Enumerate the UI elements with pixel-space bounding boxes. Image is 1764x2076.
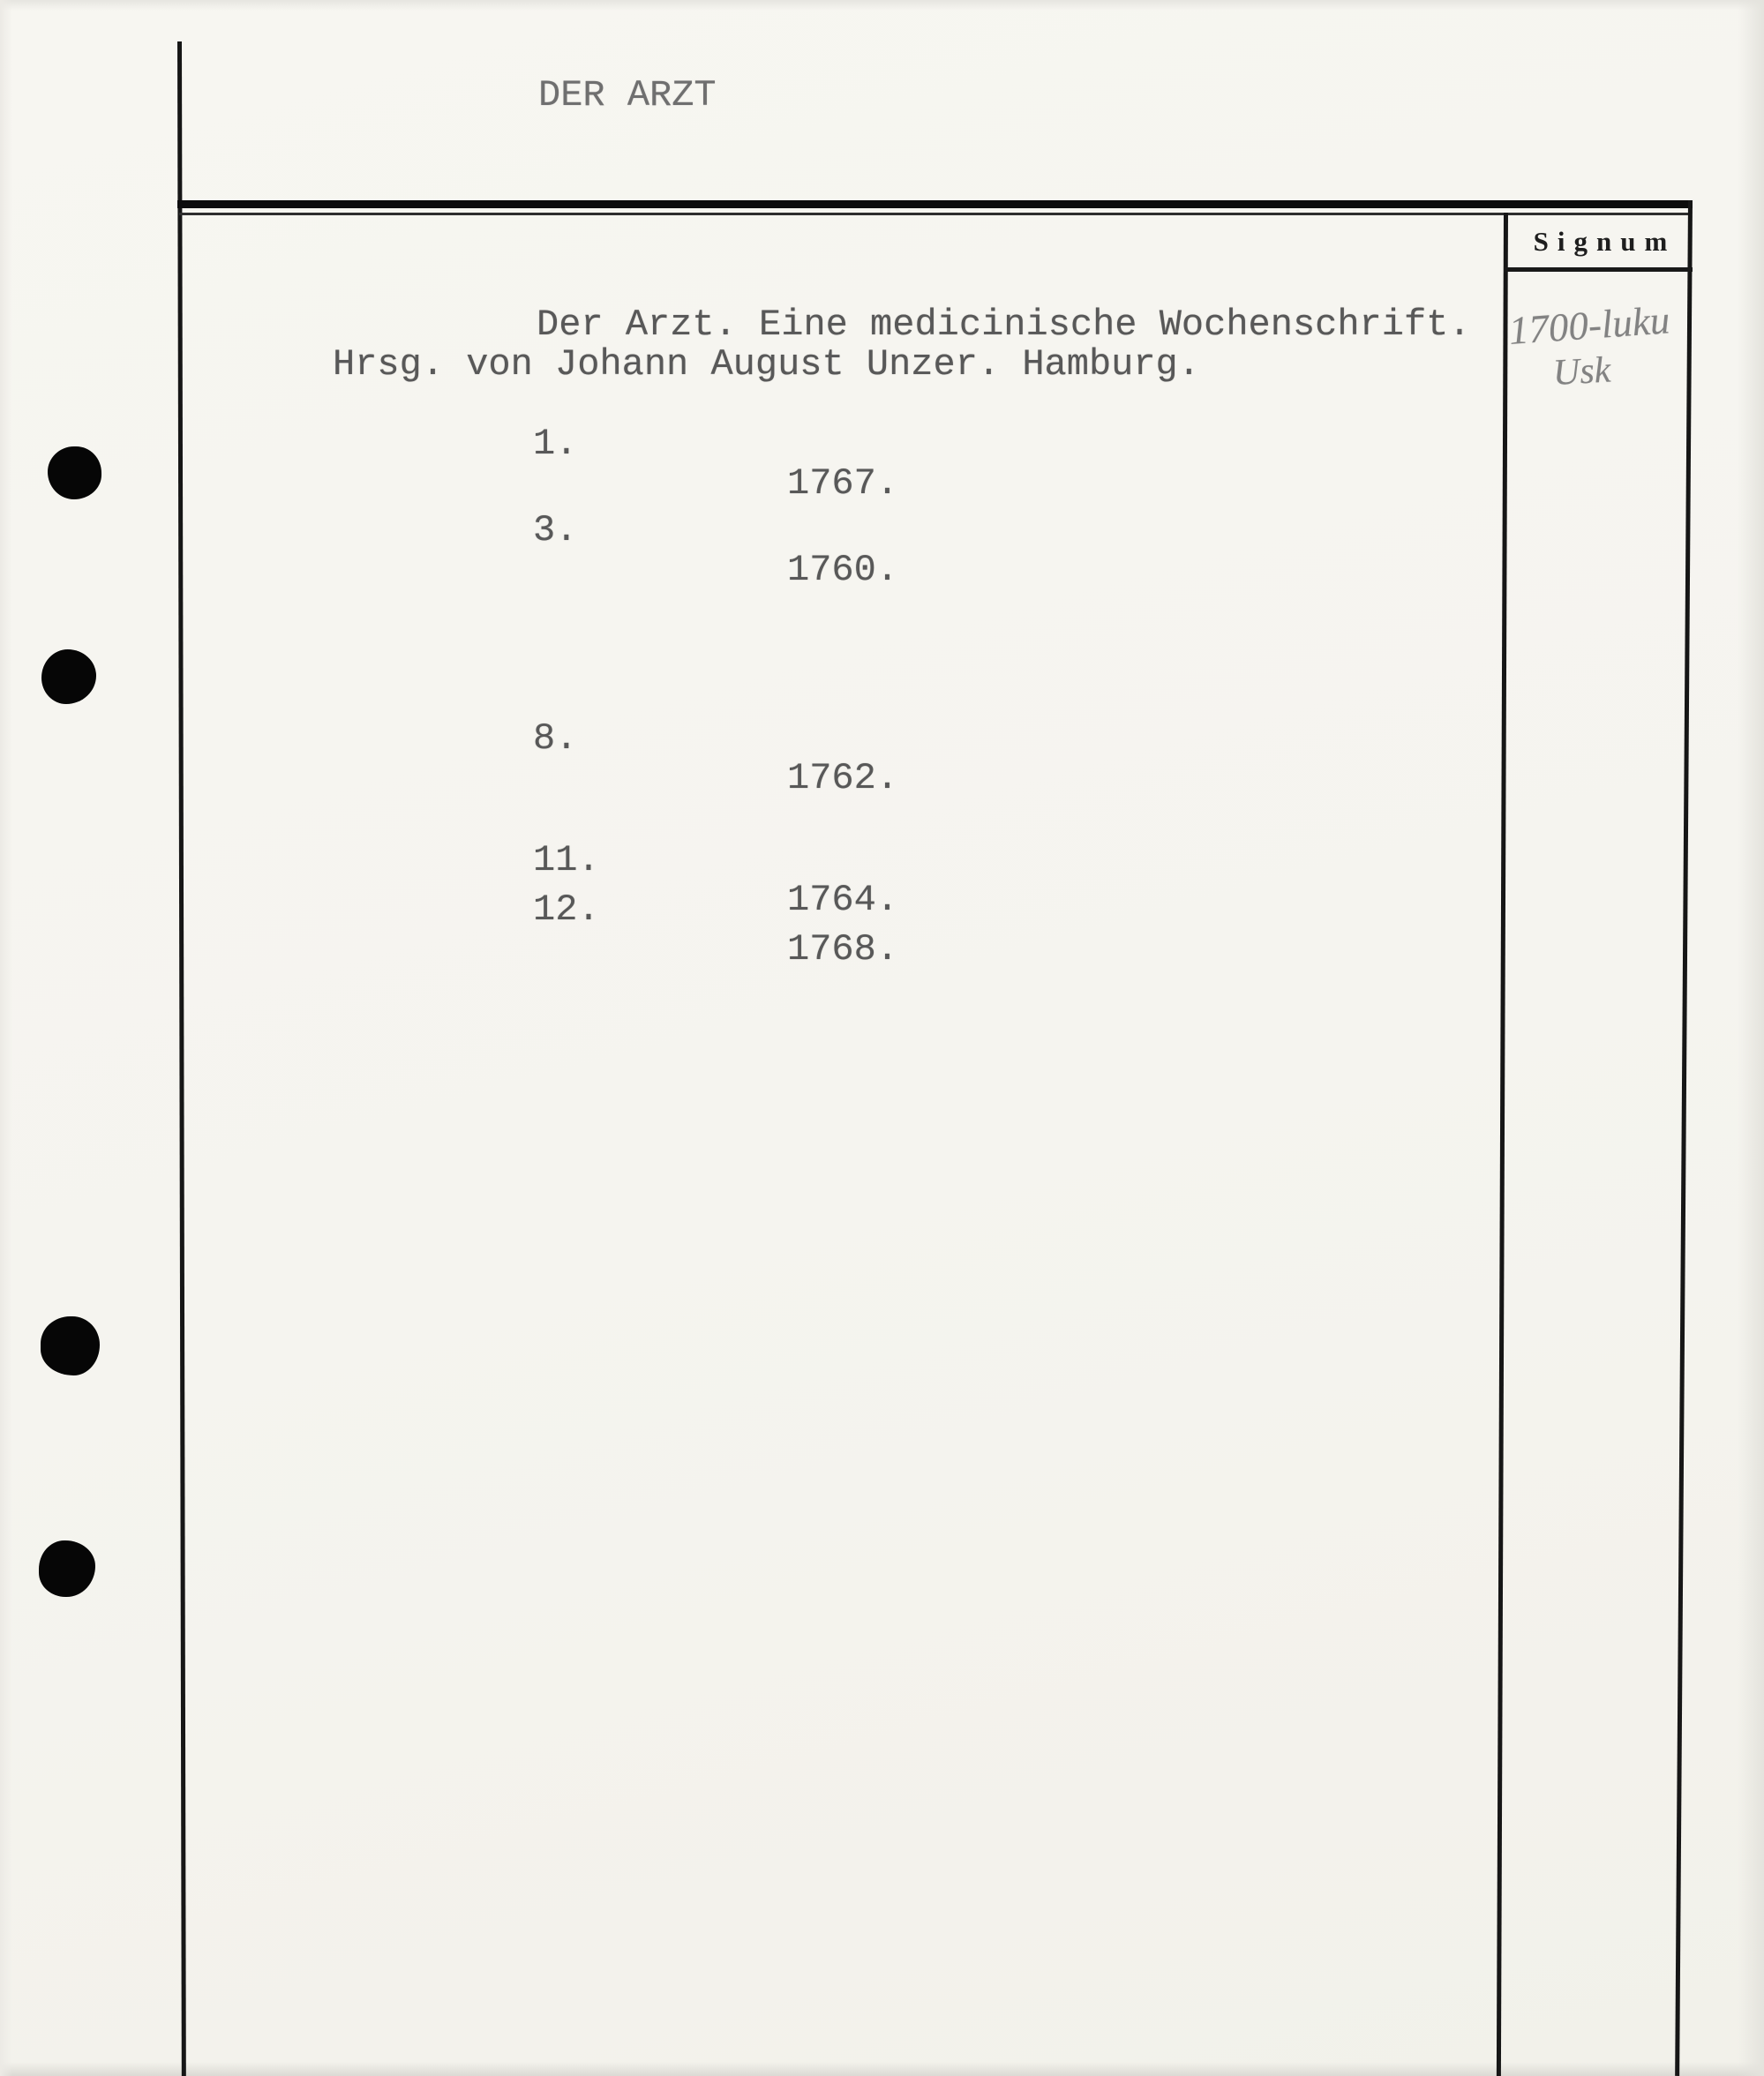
entry-publisher-line: Hrsg. von Johann August Unzer. Hamburg. (333, 345, 1200, 385)
handwritten-signum-note-line2: Usk (1552, 349, 1612, 394)
volume-row: 3. 1760. (533, 471, 1204, 511)
right-margin-rule (1675, 200, 1693, 2076)
page-title: DER ARZT (538, 76, 717, 116)
punch-hole (41, 649, 96, 704)
scan-edge-left (0, 0, 12, 2076)
scanned-catalog-card: DER ARZT Der Arzt. Eine medicinische Woc… (0, 0, 1764, 2076)
volume-number: 1. (533, 424, 577, 464)
volume-row: 8. 1762. (533, 679, 1204, 719)
signum-column-left-rule (1497, 213, 1508, 2076)
header-rule-thin (179, 213, 1691, 215)
volume-number: 8. (533, 719, 577, 759)
entry-title-line: Der Arzt. Eine medicinische Wochenschrif… (537, 305, 1471, 345)
header-rule-thick (177, 200, 1693, 208)
scan-edge-right (1738, 0, 1764, 2076)
punch-hole (41, 1316, 100, 1375)
volume-row: 1. 1767. (533, 385, 1204, 424)
signum-column-header: Signum (1508, 215, 1693, 267)
punch-hole (39, 1540, 95, 1597)
signum-header-bottom-rule (1504, 267, 1693, 272)
handwritten-signum-note-line1: 1700-luku (1507, 296, 1671, 354)
punch-hole (48, 446, 101, 499)
volume-year: 1762. (787, 759, 898, 798)
volume-number: 3. (533, 511, 577, 551)
volume-year: 1768. (787, 930, 898, 970)
volume-number: 12. (533, 890, 600, 930)
volume-row: 12. 1768. (533, 851, 1204, 890)
scan-edge-top (0, 0, 1764, 11)
volume-row: 11. 1764. (533, 801, 1204, 841)
volume-year: 1760. (787, 551, 898, 590)
left-margin-rule (177, 41, 186, 2076)
